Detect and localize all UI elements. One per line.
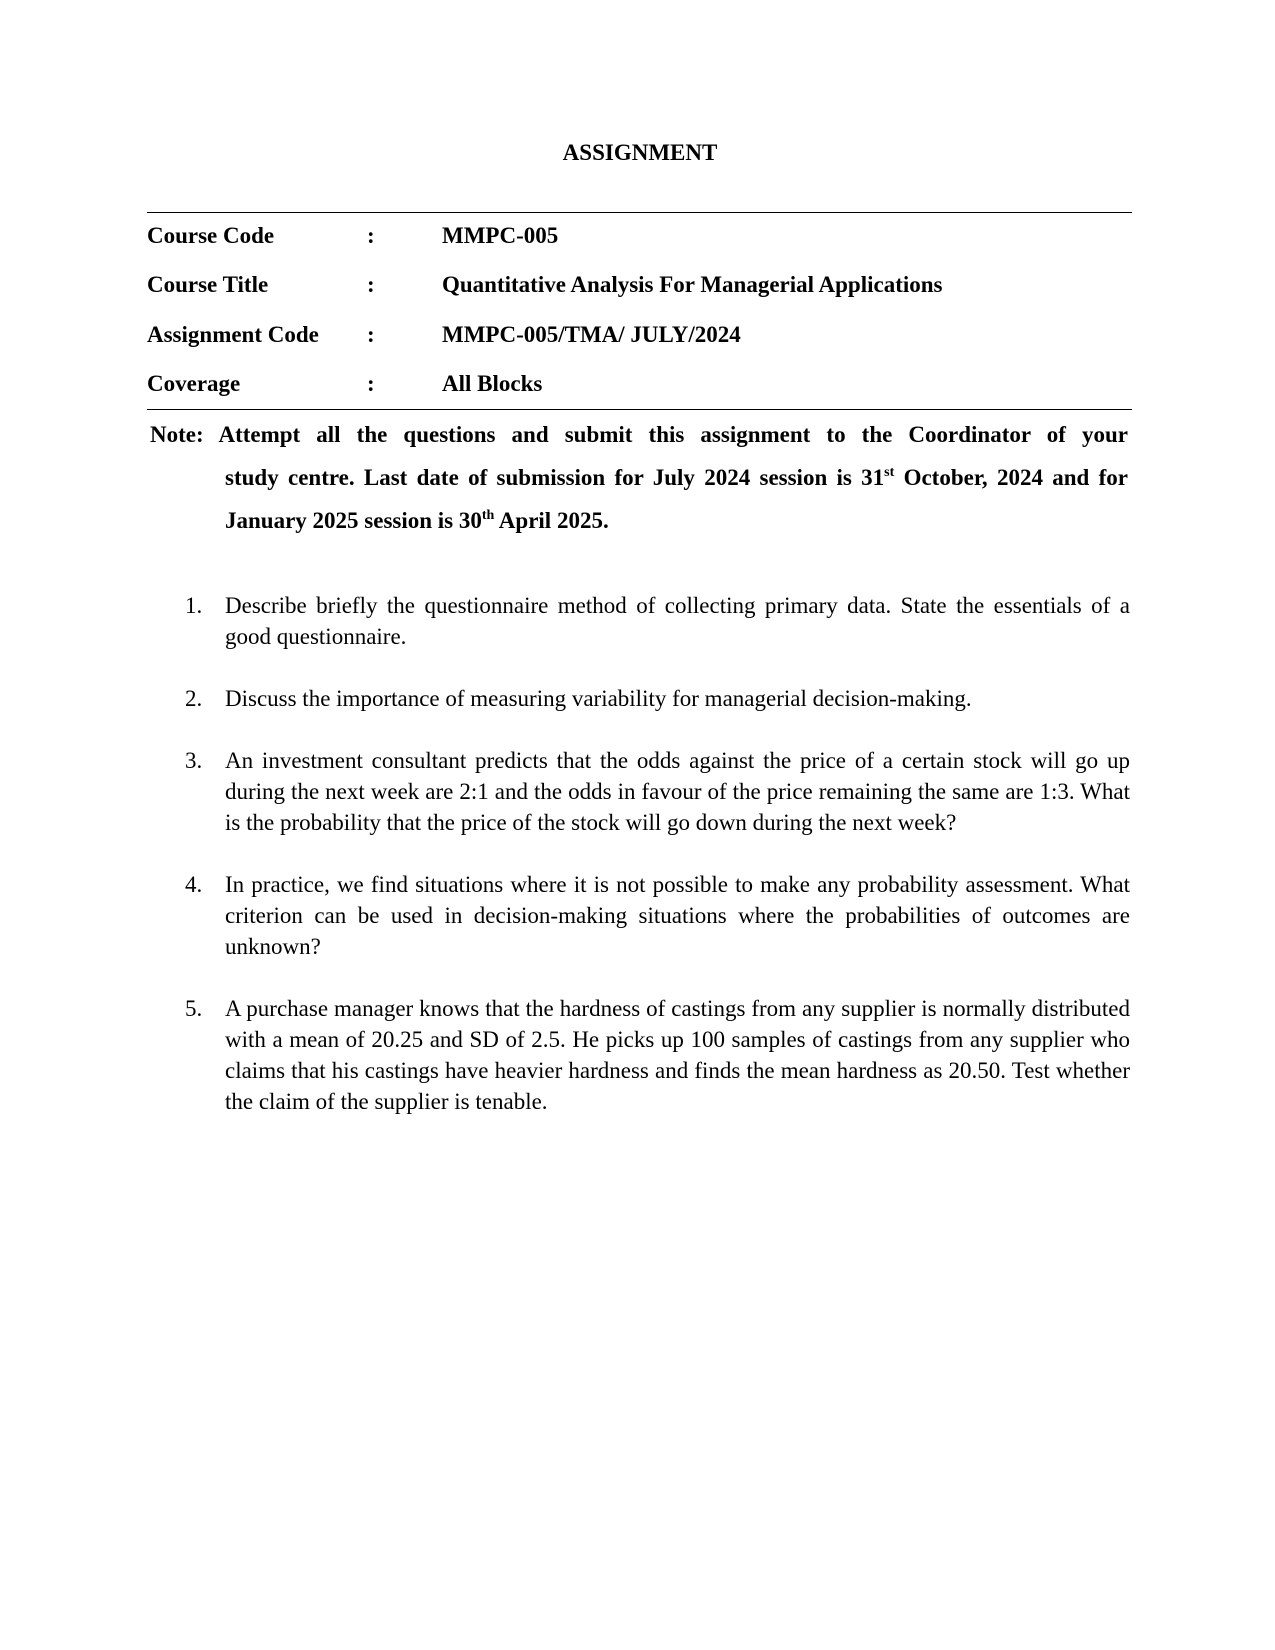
question-item: 2. Discuss the importance of measuring v… xyxy=(185,683,1130,714)
meta-value: MMPC-005/TMA/ JULY/2024 xyxy=(442,322,1132,348)
question-number: 2. xyxy=(185,683,225,714)
note-line-1: Note: Attempt all the questions and subm… xyxy=(150,413,1128,456)
course-info-table: Course Code : MMPC-005 Course Title : Qu… xyxy=(147,212,1132,410)
question-text: A purchase manager knows that the hardne… xyxy=(225,993,1130,1117)
coverage-row: Coverage : All Blocks xyxy=(147,360,1132,410)
question-number: 3. xyxy=(185,745,225,838)
ordinal-suffix: th xyxy=(482,508,494,523)
course-title-row: Course Title : Quantitative Analysis For… xyxy=(147,261,1132,311)
question-item: 5. A purchase manager knows that the har… xyxy=(185,993,1130,1117)
meta-separator: : xyxy=(367,322,442,348)
meta-label: Course Title xyxy=(147,272,367,298)
question-item: 4. In practice, we find situations where… xyxy=(185,869,1130,962)
question-number: 1. xyxy=(185,590,225,652)
meta-label: Course Code xyxy=(147,223,367,249)
note-continuation: study centre. Last date of submission fo… xyxy=(150,456,1128,542)
question-item: 3. An investment consultant predicts tha… xyxy=(185,745,1130,838)
page-title: ASSIGNMENT xyxy=(0,140,1275,166)
meta-label: Assignment Code xyxy=(147,322,367,348)
meta-value: All Blocks xyxy=(442,371,1132,397)
question-list: 1. Describe briefly the questionnaire me… xyxy=(185,590,1130,1148)
meta-separator: : xyxy=(367,223,442,249)
question-text: Describe briefly the questionnaire metho… xyxy=(225,590,1130,652)
question-number: 4. xyxy=(185,869,225,962)
course-code-row: Course Code : MMPC-005 xyxy=(147,211,1132,261)
question-text: Discuss the importance of measuring vari… xyxy=(225,683,1130,714)
note-text: study centre. Last date of submission fo… xyxy=(225,465,884,490)
question-text: An investment consultant predicts that t… xyxy=(225,745,1130,838)
ordinal-suffix: st xyxy=(884,465,894,480)
meta-label: Coverage xyxy=(147,371,367,397)
question-text: In practice, we find situations where it… xyxy=(225,869,1130,962)
question-number: 5. xyxy=(185,993,225,1117)
assignment-code-row: Assignment Code : MMPC-005/TMA/ JULY/202… xyxy=(147,310,1132,360)
question-item: 1. Describe briefly the questionnaire me… xyxy=(185,590,1130,652)
meta-separator: : xyxy=(367,371,442,397)
note-text: April 2025. xyxy=(494,508,608,533)
meta-value: MMPC-005 xyxy=(442,223,1132,249)
meta-separator: : xyxy=(367,272,442,298)
meta-value: Quantitative Analysis For Managerial App… xyxy=(442,272,1132,298)
submission-note: Note: Attempt all the questions and subm… xyxy=(150,413,1128,542)
